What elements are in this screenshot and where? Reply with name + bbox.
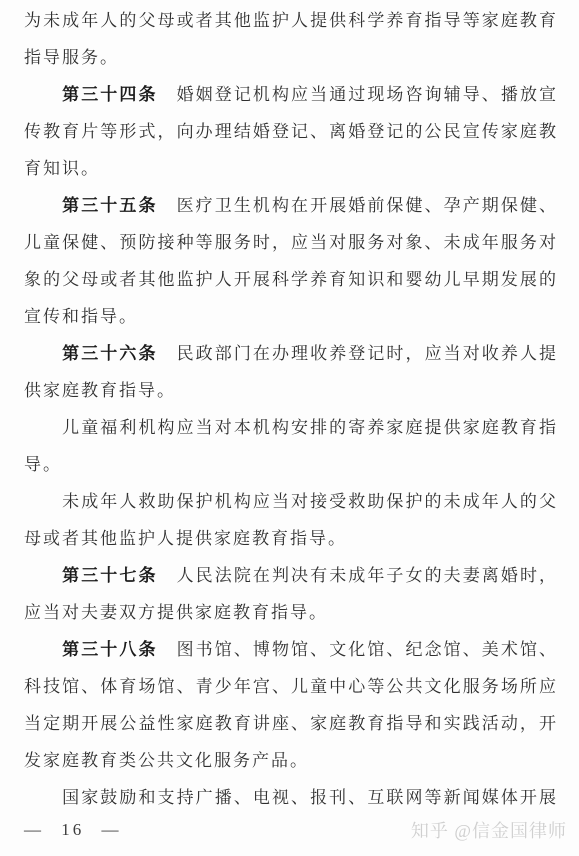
article-number: 第三十四条 bbox=[62, 85, 157, 104]
text-segment: 宣传和指导。 bbox=[24, 307, 138, 326]
text-segment: 为未成年人的父母或者其他监护人提供科学养育指导等家庭教育 bbox=[24, 11, 558, 30]
text-segment: 儿童保健、预防接种等服务时，应当对服务对象、未成年服务对 bbox=[24, 233, 558, 252]
page-number: — 16 — bbox=[24, 820, 122, 840]
text-segment: 指导服务。 bbox=[24, 48, 119, 67]
text-segment: 供家庭教育指导。 bbox=[24, 381, 176, 400]
watermark: 知乎 @信金国律师 bbox=[411, 817, 567, 843]
text-line: 应当对夫妻双方提供家庭教育指导。 bbox=[24, 594, 558, 631]
text-segment: 医疗卫生机构在开展婚前保健、孕产期保健、 bbox=[158, 196, 558, 215]
text-line: 传教育片等形式，向办理结婚登记、离婚登记的公民宣传家庭教 bbox=[24, 113, 558, 150]
text-segment: 传教育片等形式，向办理结婚登记、离婚登记的公民宣传家庭教 bbox=[24, 122, 558, 141]
text-segment: 母或者其他监护人提供家庭教育指导。 bbox=[24, 529, 347, 548]
article-number: 第三十六条 bbox=[62, 344, 157, 363]
text-segment: 图书馆、博物馆、文化馆、纪念馆、美术馆、 bbox=[158, 640, 558, 659]
text-line: 第三十四条 婚姻登记机构应当通过现场咨询辅导、播放宣 bbox=[24, 76, 558, 113]
text-segment: 导。 bbox=[24, 455, 62, 474]
paragraph: 国家鼓励和支持广播、电视、报刊、互联网等新闻媒体开展 bbox=[24, 779, 558, 816]
paragraph: 未成年人救助保护机构应当对接受救助保护的未成年人的父母或者其他监护人提供家庭教育… bbox=[24, 483, 558, 557]
text-segment: 国家鼓励和支持广播、电视、报刊、互联网等新闻媒体开展 bbox=[24, 788, 558, 807]
text-line: 母或者其他监护人提供家庭教育指导。 bbox=[24, 520, 558, 557]
text-segment: 发家庭教育类公共文化服务产品。 bbox=[24, 751, 309, 770]
text-line: 儿童保健、预防接种等服务时，应当对服务对象、未成年服务对 bbox=[24, 224, 558, 261]
paragraph: 第三十八条 图书馆、博物馆、文化馆、纪念馆、美术馆、科技馆、体育场馆、青少年宫、… bbox=[24, 631, 558, 779]
text-line: 指导服务。 bbox=[24, 39, 558, 76]
text-segment bbox=[24, 566, 62, 585]
document-page: 为未成年人的父母或者其他监护人提供科学养育指导等家庭教育指导服务。 第三十四条 … bbox=[0, 0, 579, 856]
text-line: 未成年人救助保护机构应当对接受救助保护的未成年人的父 bbox=[24, 483, 558, 520]
text-segment: 应当对夫妻双方提供家庭教育指导。 bbox=[24, 603, 328, 622]
text-segment bbox=[24, 85, 62, 104]
text-segment: 当定期开展公益性家庭教育讲座、家庭教育指导和实践活动，开 bbox=[24, 714, 558, 733]
text-line: 供家庭教育指导。 bbox=[24, 372, 558, 409]
text-line: 第三十八条 图书馆、博物馆、文化馆、纪念馆、美术馆、 bbox=[24, 631, 558, 668]
text-segment: 民政部门在办理收养登记时，应当对收养人提 bbox=[158, 344, 558, 363]
text-line: 导。 bbox=[24, 446, 558, 483]
article-number: 第三十七条 bbox=[62, 566, 157, 585]
text-segment bbox=[24, 344, 62, 363]
text-line: 第三十六条 民政部门在办理收养登记时，应当对收养人提 bbox=[24, 335, 558, 372]
document-body: 为未成年人的父母或者其他监护人提供科学养育指导等家庭教育指导服务。 第三十四条 … bbox=[24, 2, 558, 816]
article-number: 第三十八条 bbox=[62, 640, 157, 659]
text-line: 为未成年人的父母或者其他监护人提供科学养育指导等家庭教育 bbox=[24, 2, 558, 39]
paragraph: 为未成年人的父母或者其他监护人提供科学养育指导等家庭教育指导服务。 bbox=[24, 2, 558, 76]
text-line: 育知识。 bbox=[24, 150, 558, 187]
text-line: 象的父母或者其他监护人开展科学养育知识和婴幼儿早期发展的 bbox=[24, 261, 558, 298]
text-segment: 未成年人救助保护机构应当对接受救助保护的未成年人的父 bbox=[24, 492, 558, 511]
text-segment: 育知识。 bbox=[24, 159, 100, 178]
paragraph: 第三十四条 婚姻登记机构应当通过现场咨询辅导、播放宣传教育片等形式，向办理结婚登… bbox=[24, 76, 558, 187]
text-line: 发家庭教育类公共文化服务产品。 bbox=[24, 742, 558, 779]
text-line: 科技馆、体育场馆、青少年宫、儿童中心等公共文化服务场所应 bbox=[24, 668, 558, 705]
paragraph: 第三十七条 人民法院在判决有未成年子女的夫妻离婚时，应当对夫妻双方提供家庭教育指… bbox=[24, 557, 558, 631]
text-segment: 人民法院在判决有未成年子女的夫妻离婚时， bbox=[158, 566, 558, 585]
text-segment bbox=[24, 196, 62, 215]
text-segment: 科技馆、体育场馆、青少年宫、儿童中心等公共文化服务场所应 bbox=[24, 677, 558, 696]
text-line: 第三十五条 医疗卫生机构在开展婚前保健、孕产期保健、 bbox=[24, 187, 558, 224]
text-line: 儿童福利机构应当对本机构安排的寄养家庭提供家庭教育指 bbox=[24, 409, 558, 446]
paragraph: 第三十五条 医疗卫生机构在开展婚前保健、孕产期保健、儿童保健、预防接种等服务时，… bbox=[24, 187, 558, 335]
text-segment bbox=[24, 640, 62, 659]
text-line: 当定期开展公益性家庭教育讲座、家庭教育指导和实践活动，开 bbox=[24, 705, 558, 742]
text-segment: 象的父母或者其他监护人开展科学养育知识和婴幼儿早期发展的 bbox=[24, 270, 558, 289]
article-number: 第三十五条 bbox=[62, 196, 157, 215]
paragraph: 第三十六条 民政部门在办理收养登记时，应当对收养人提供家庭教育指导。 bbox=[24, 335, 558, 409]
text-line: 第三十七条 人民法院在判决有未成年子女的夫妻离婚时， bbox=[24, 557, 558, 594]
page-footer: — 16 — 知乎 @信金国律师 bbox=[24, 816, 567, 844]
text-segment: 婚姻登记机构应当通过现场咨询辅导、播放宣 bbox=[158, 85, 558, 104]
text-line: 国家鼓励和支持广播、电视、报刊、互联网等新闻媒体开展 bbox=[24, 779, 558, 816]
text-line: 宣传和指导。 bbox=[24, 298, 558, 335]
text-segment: 儿童福利机构应当对本机构安排的寄养家庭提供家庭教育指 bbox=[24, 418, 558, 437]
paragraph: 儿童福利机构应当对本机构安排的寄养家庭提供家庭教育指导。 bbox=[24, 409, 558, 483]
